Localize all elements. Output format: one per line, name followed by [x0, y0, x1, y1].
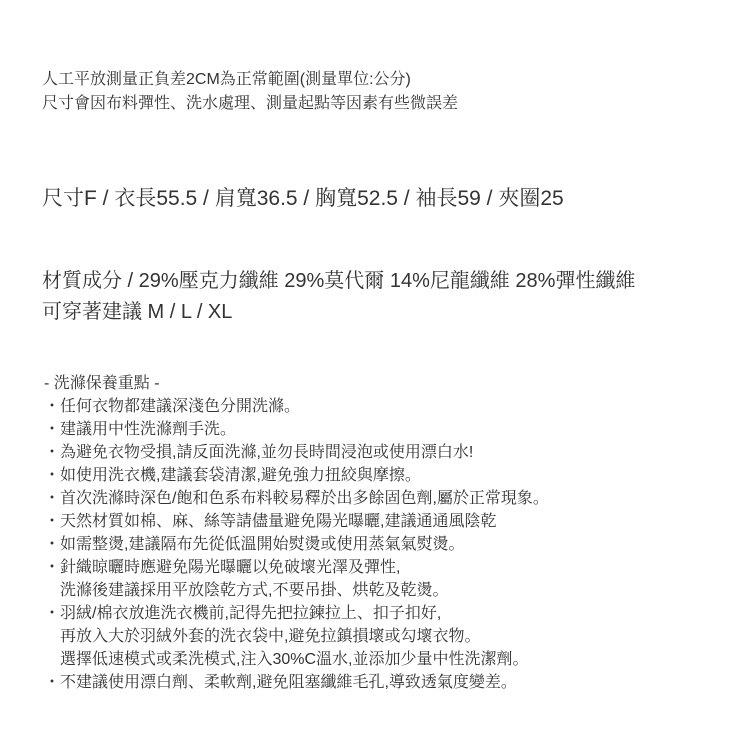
care-instruction-continuation: 洗滌後建議採用平放陰乾方式,不要吊掛、烘乾及乾燙。 — [44, 579, 549, 602]
care-instruction: ・首次洗滌時深色/飽和色系布料較易釋於出多餘固色劑,屬於正常現象。 — [44, 487, 549, 510]
care-instruction: ・任何衣物都建議深淺色分開洗滌。 — [44, 395, 549, 418]
care-instruction-continuation: 選擇低速模式或柔洗模式,注入30%C溫水,並添加少量中性洗潔劑。 — [44, 648, 549, 671]
wearing-suggestion: 可穿著建議 M / L / XL — [42, 297, 635, 328]
size-spec: 尺寸F / 衣長55.5 / 肩寬36.5 / 胸寬52.5 / 袖長59 / … — [42, 186, 564, 212]
care-instruction: ・如使用洗衣機,建議套袋清潔,避免強力扭絞與摩擦。 — [44, 464, 549, 487]
care-instruction: ・針織晾曬時應避免陽光曝曬以免破壞光澤及彈性, — [44, 556, 549, 579]
care-instruction-continuation: 再放入大於羽絨外套的洗衣袋中,避免拉鎮損壞或勾壞衣物。 — [44, 625, 549, 648]
measurement-note: 人工平放測量正負差2CM為正常範圍(測量單位:公分) 尺寸會因布料彈性、洗水處理… — [42, 68, 458, 116]
care-instruction: ・如需整燙,建議隔布先從低溫開始熨燙或使用蒸氣氣熨燙。 — [44, 533, 549, 556]
care-instruction: ・天然材質如棉、麻、絲等請儘量避免陽光曝曬,建議通通風陰乾 — [44, 510, 549, 533]
material-composition: 材質成分 / 29%壓克力纖維 29%莫代爾 14%尼龍纖維 28%彈性纖維 — [42, 266, 635, 297]
product-care-description-page: 人工平放測量正負差2CM為正常範圍(測量單位:公分) 尺寸會因布料彈性、洗水處理… — [0, 0, 750, 750]
care-instruction: ・為避免衣物受損,請反面洗滌,並勿長時間浸泡或使用漂白水! — [44, 441, 549, 464]
care-instruction: ・不建議使用漂白劑、柔軟劑,避免阻塞纖維毛孔,導致透氣度變差。 — [44, 671, 549, 694]
care-section: - 洗滌保養重點 - ・任何衣物都建議深淺色分開洗滌。 ・建議用中性洗滌劑手洗。… — [44, 372, 549, 694]
care-instruction: ・羽絨/棉衣放進洗衣機前,記得先把拉鍊拉上、扣子扣好, — [44, 602, 549, 625]
measurement-note-line2: 尺寸會因布料彈性、洗水處理、測量起點等因素有些微誤差 — [42, 92, 458, 116]
measurement-note-line1: 人工平放測量正負差2CM為正常範圍(測量單位:公分) — [42, 68, 458, 92]
care-instruction: ・建議用中性洗滌劑手洗。 — [44, 418, 549, 441]
care-section-title: - 洗滌保養重點 - — [44, 372, 549, 395]
material-info: 材質成分 / 29%壓克力纖維 29%莫代爾 14%尼龍纖維 28%彈性纖維 可… — [42, 266, 635, 328]
